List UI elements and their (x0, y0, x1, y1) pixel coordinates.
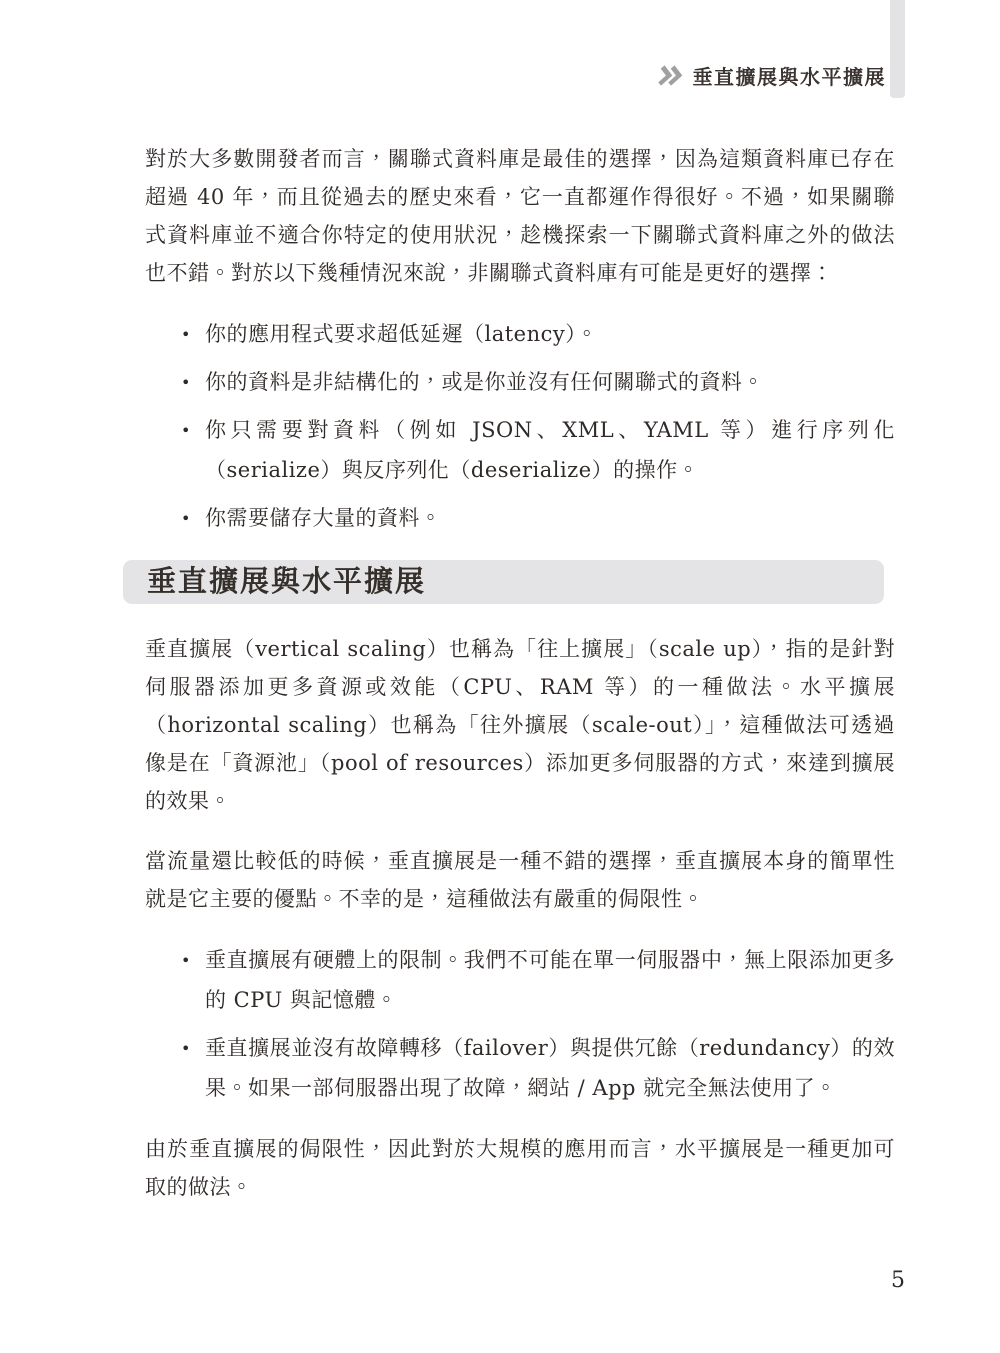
list-item: • 你需要儲存大量的資料。 (205, 498, 895, 538)
list-item-text: 垂直擴展並沒有故障轉移（failover）與提供冗餘（redundancy）的效… (205, 1036, 895, 1100)
list-item-text: 你的應用程式要求超低延遲（latency）。 (205, 322, 598, 346)
nosql-bullet-list: • 你的應用程式要求超低延遲（latency）。 • 你的資料是非結構化的，或是… (145, 314, 895, 538)
running-head-title: 垂直擴展與水平擴展 (693, 61, 887, 90)
list-item: • 垂直擴展並沒有故障轉移（failover）與提供冗餘（redundancy）… (205, 1028, 895, 1108)
section-heading: 垂直擴展與水平擴展 (123, 560, 884, 604)
bullet-icon: • (181, 411, 191, 451)
closing-paragraph: 由於垂直擴展的侷限性，因此對於大規模的應用而言，水平擴展是一種更加可取的做法。 (145, 1130, 895, 1206)
bullet-icon: • (181, 363, 191, 403)
list-item: • 垂直擴展有硬體上的限制。我們不可能在單一伺服器中，無上限添加更多的 CPU … (205, 940, 895, 1020)
bullet-icon: • (181, 315, 191, 355)
bullet-icon: • (181, 1029, 191, 1069)
list-item-text: 垂直擴展有硬體上的限制。我們不可能在單一伺服器中，無上限添加更多的 CPU 與記… (205, 948, 895, 1012)
vertical-limit-bullet-list: • 垂直擴展有硬體上的限制。我們不可能在單一伺服器中，無上限添加更多的 CPU … (145, 940, 895, 1108)
list-item-text: 你的資料是非結構化的，或是你並沒有任何關聯式的資料。 (205, 370, 764, 394)
page-number: 5 (891, 1266, 905, 1296)
bullet-icon: • (181, 941, 191, 981)
traffic-paragraph: 當流量還比較低的時候，垂直擴展是一種不錯的選擇，垂直擴展本身的簡單性就是它主要的… (145, 842, 895, 918)
running-head: 垂直擴展與水平擴展 (658, 61, 887, 90)
scaling-paragraph: 垂直擴展（vertical scaling）也稱為「往上擴展」（scale up… (145, 630, 895, 820)
list-item: • 你的資料是非結構化的，或是你並沒有任何關聯式的資料。 (205, 362, 895, 402)
book-page: 垂直擴展與水平擴展 對於大多數開發者而言，關聯式資料庫是最佳的選擇，因為這類資料… (0, 0, 1000, 1353)
list-item-text: 你只需要對資料（例如 JSON、XML、YAML 等）進行序列化（seriali… (205, 418, 895, 482)
page-content: 對於大多數開發者而言，關聯式資料庫是最佳的選擇，因為這類資料庫已存在超過 40 … (145, 140, 895, 1228)
intro-paragraph: 對於大多數開發者而言，關聯式資料庫是最佳的選擇，因為這類資料庫已存在超過 40 … (145, 140, 895, 292)
list-item-text: 你需要儲存大量的資料。 (205, 506, 442, 530)
list-item: • 你的應用程式要求超低延遲（latency）。 (205, 314, 895, 354)
list-item: • 你只需要對資料（例如 JSON、XML、YAML 等）進行序列化（seria… (205, 410, 895, 490)
page-edge-tab (890, 0, 905, 98)
double-chevron-right-icon (658, 65, 684, 86)
bullet-icon: • (181, 499, 191, 539)
